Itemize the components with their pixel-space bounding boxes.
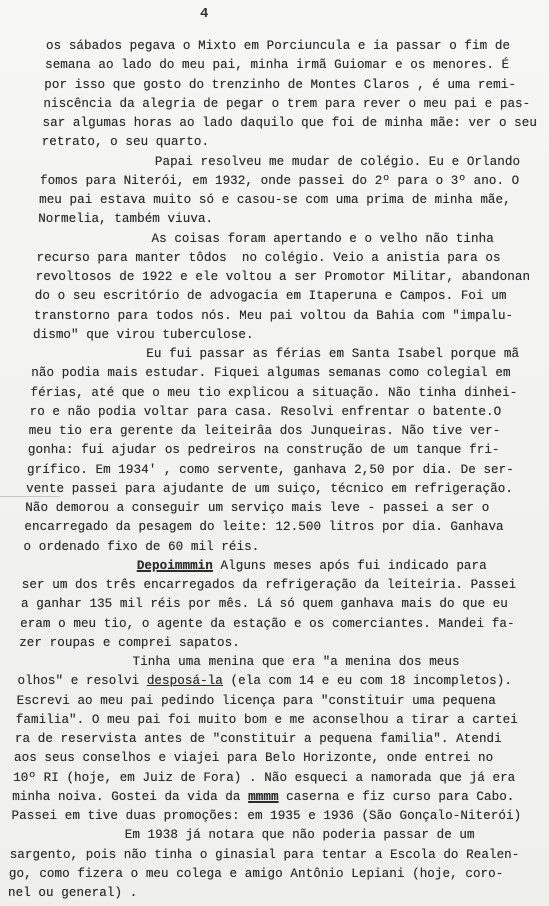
text-line: olhos" e resolvi desposá-la (ela com 14 … [18, 673, 513, 689]
text-line: gonha: fui ajudar os pedreiros na constr… [28, 442, 500, 458]
text-line: As coisas foram apertando e o velho não … [37, 231, 493, 247]
text-line: Não demorou a conseguir um serviço mais … [25, 500, 489, 516]
text-line: minha noiva. Gostei da vida da mmmm case… [12, 789, 514, 805]
text-line: sargento, pois não tinha o ginasial para… [10, 847, 520, 863]
text-line: Eu fui passar as férias em Santa Isabel … [32, 346, 519, 362]
text-line: revoltosos de 1922 e ele voltou a ser Pr… [36, 269, 531, 285]
text-line: Escrevi ao meu pai pedindo licença para … [17, 693, 496, 709]
text-line: encarregado da pesagem do leite: 12.500 … [24, 519, 503, 535]
text-line: 10º RI (hoje, em Juiz de Fora) . Não esq… [13, 770, 515, 786]
text-line: do o seu escritório de advogacia em Itap… [35, 288, 507, 304]
text-line: meu pai estava muito só e casou-se com u… [39, 192, 511, 208]
text-line: meu tio era gerente da leiteirâa dos Jun… [29, 423, 501, 439]
text-line: Papai resolveu me mudar de colégio. Eu e… [41, 154, 520, 170]
text-line: go, como fizera o meu colega e amigo Ant… [9, 866, 504, 882]
overtyped-word: mmmm [248, 790, 278, 804]
text-line: fomos para Niterói, em 1932, onde passei… [40, 173, 519, 189]
text-line: os sábados pegava o Mixto em Porciuncula… [46, 38, 510, 54]
text-line: Em 1938 já notara que não poderia passar… [11, 827, 475, 843]
text-line: zer roupas e comprei sapatos. [19, 635, 240, 651]
text-line: Tinha uma menina que era "a menina dos m… [18, 654, 459, 670]
underlined-word: desposá-la [147, 674, 223, 688]
text-line: vente passei para ajudante de um suiço, … [26, 481, 513, 497]
overtyped-word: Depoimmmin [137, 559, 213, 573]
text-line: aos seus conselhos e viajei para Belo Ho… [14, 750, 493, 766]
text-line: semana ao lado do meu pai, minha irmã Gu… [45, 57, 509, 73]
text-line: a ganhar 135 mil réis por mês. Lá só que… [21, 596, 508, 612]
text-line: ser um dos três encarregados da refriger… [22, 577, 517, 593]
text-line: niscência da alegria de pegar o trem par… [43, 96, 530, 112]
typewritten-page: 4 os sábados pegava o Mixto em Porciuncu… [0, 0, 549, 906]
text-line: dismo" que virou tuberculose. [33, 327, 254, 343]
page-number: 4 [200, 6, 208, 22]
text-line: familia". O meu pai foi muito bom e me a… [16, 712, 518, 728]
text-line: o ordenado fixo de 60 mil réis. [24, 539, 260, 555]
text-line: transtorno para todos nós. Meu pai volto… [34, 308, 513, 324]
text-line: Normelia, também viuva. [38, 211, 213, 227]
text-line: por isso que gosto do trenzinho de Monte… [44, 77, 516, 93]
text-line: eram o meu tio, o agente da estação e os… [20, 616, 515, 632]
text-line: grífico. Em 1934' , como servente, ganha… [27, 462, 514, 478]
text-line: sar algumas horas ao lado daquilo que fo… [43, 115, 538, 131]
text-line: não podia mais estudar. Fiquei algumas s… [31, 365, 510, 381]
text-line: ra de reservista antes de "constituir a … [15, 731, 502, 747]
text-line: retrato, o seu quarto. [42, 134, 209, 150]
text-line: nel ou general) . [8, 885, 137, 901]
text-line: ro e não podia voltar para casa. Resolvi… [30, 404, 502, 420]
text-line: Depoimmmin Alguns meses após fui indicad… [23, 558, 487, 574]
text-line: recurso para manter tôdos no colégio. Ve… [37, 250, 501, 266]
text-line: Passei em tive duas promoções: em 1935 e… [12, 808, 522, 824]
text-line: férias, até que o meu tio explicou a sit… [31, 385, 518, 401]
